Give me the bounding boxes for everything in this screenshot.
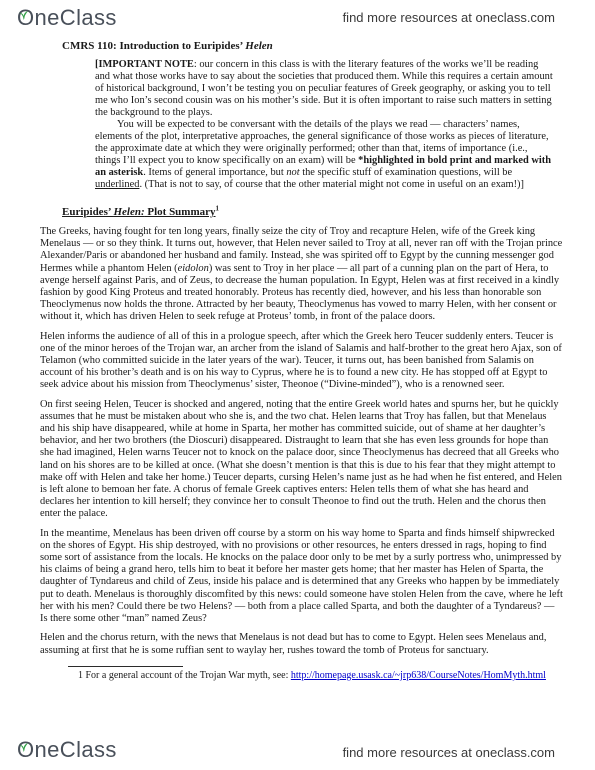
text-segment: Euripides’: [62, 206, 113, 218]
sprout-leaf-icon: [18, 0, 29, 9]
text-segment: On first seeing Helen, Teucer is shocked…: [40, 399, 562, 520]
note-paragraph-2: You will be expected to be conversant wi…: [95, 119, 555, 191]
plot-paragraph-4: In the meantime, Menelaus has been drive…: [40, 528, 563, 626]
text-segment: Helen:: [113, 206, 144, 218]
plot-paragraph-5: Helen and the chorus return, with the ne…: [40, 632, 563, 656]
footnote-separator-rule: [68, 666, 183, 667]
sprout-leaf-icon: [18, 732, 29, 741]
header: OneClass find more resources at oneclass…: [17, 5, 555, 31]
oneclass-logo-footer: OneClass: [17, 737, 117, 763]
text-segment: eidolon: [178, 263, 209, 274]
text-segment: Plot Summary: [145, 206, 216, 218]
text-segment: the specific stuff of examination questi…: [300, 167, 512, 178]
text-segment: Helen: [245, 40, 273, 52]
text-segment: Helen informs the audience of all of thi…: [40, 331, 562, 391]
logo-text: OneClass: [17, 5, 117, 30]
text-segment: CMRS 110: Introduction to Euripides’: [62, 40, 245, 52]
note-paragraph-1: [IMPORTANT NOTE: our concern in this cla…: [95, 59, 555, 119]
text-segment: [IMPORTANT NOTE: [95, 59, 194, 70]
footnote-link[interactable]: http://homepage.usask.ca/~jrp638/CourseN…: [291, 670, 546, 681]
oneclass-logo: OneClass: [17, 5, 117, 31]
section-heading-plot-summary: Euripides’ Helen: Plot Summary1: [62, 206, 563, 219]
text-segment: . (That is not to say, of course that th…: [139, 179, 524, 190]
plot-paragraph-3: On first seeing Helen, Teucer is shocked…: [40, 399, 563, 521]
text-segment: 1: [216, 204, 220, 212]
text-segment: not: [286, 167, 299, 178]
footnote-1: 1 For a general account of the Trojan Wa…: [78, 670, 563, 682]
text-segment: 1 For a general account of the Trojan Wa…: [78, 670, 291, 681]
text-segment: In the meantime, Menelaus has been drive…: [40, 528, 563, 624]
header-tagline: find more resources at oneclass.com: [343, 10, 555, 25]
document-content: CMRS 110: Introduction to Euripides’ Hel…: [40, 40, 563, 682]
text-segment: . Items of general importance, but: [143, 167, 286, 178]
document-page: OneClass find more resources at oneclass…: [0, 0, 595, 770]
footnote-area: 1 For a general account of the Trojan Wa…: [40, 666, 563, 682]
text-segment: Helen and the chorus return, with the ne…: [40, 632, 546, 655]
text-segment: underlined: [95, 179, 139, 190]
plot-paragraph-2: Helen informs the audience of all of thi…: [40, 331, 563, 392]
logo-text: OneClass: [17, 737, 117, 762]
footer-tagline: find more resources at oneclass.com: [343, 745, 555, 760]
course-title: CMRS 110: Introduction to Euripides’ Hel…: [62, 40, 563, 53]
footer: OneClass find more resources at oneclass…: [17, 737, 555, 763]
important-note-block: [IMPORTANT NOTE: our concern in this cla…: [95, 59, 555, 191]
plot-paragraph-1: The Greeks, having fought for ten long y…: [40, 226, 563, 324]
